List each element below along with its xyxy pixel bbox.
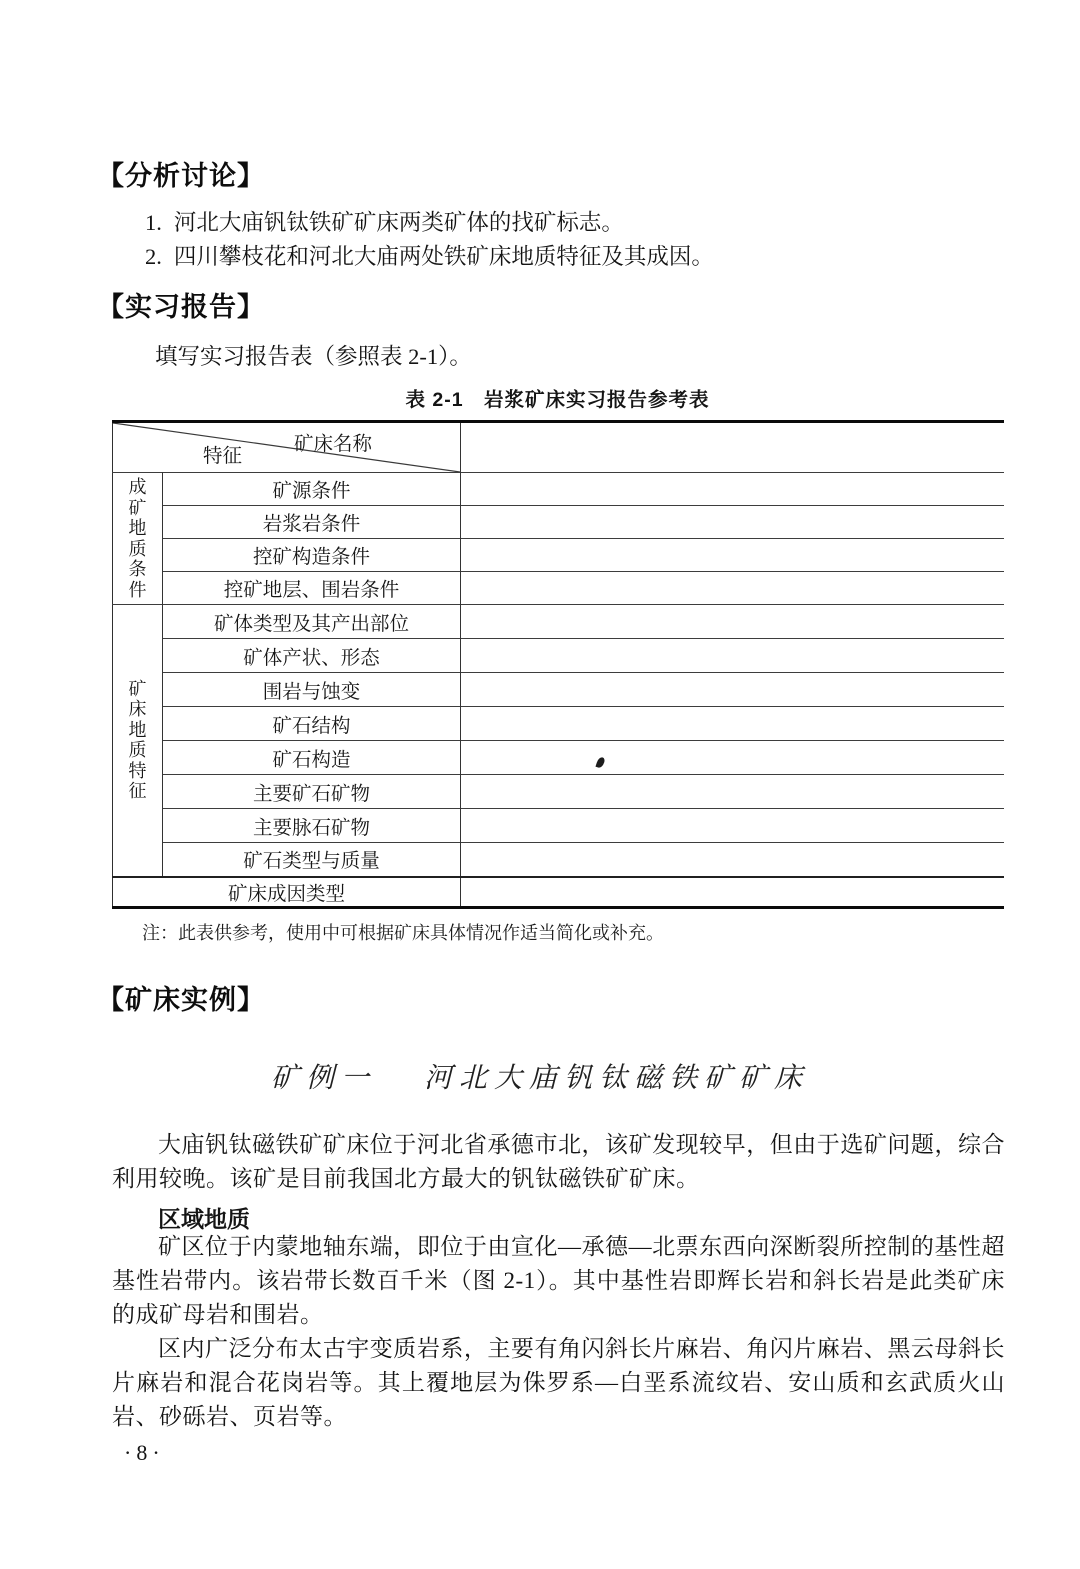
corner-label-deposit-name: 矿床名称 <box>294 428 372 456</box>
item-number: 1. <box>145 210 162 235</box>
page-number: ·8· <box>124 1440 165 1466</box>
row-label: 矿体产状、形态 <box>163 639 461 673</box>
scanned-document-page: 【分析讨论】 1.河北大庙钒钛铁矿矿床两类矿体的找矿标志。 2.四川攀枝花和河北… <box>0 0 1080 1569</box>
table-note: 注：此表供参考，使用中可根据矿床具体情况作适当简化或补充。 <box>142 919 664 945</box>
heading-practice-report: 【实习报告】 <box>97 285 265 324</box>
row-label: 矿体类型及其产出部位 <box>163 605 461 639</box>
report-reference-table: 矿床名称 特征 成矿地质条件 矿源条件 岩浆岩条件 控矿构造条件 控矿地层、围岩… <box>112 420 1004 909</box>
row-label-genetic-type: 矿床成因类型 <box>113 877 461 908</box>
paragraph-deposit-overview: 大庙钒钛磁铁矿矿床位于河北省承德市北，该矿发现较早，但由于选矿问题，综合利用较晚… <box>112 1128 1005 1196</box>
empty-data-cell <box>461 605 1004 639</box>
discussion-item-2: 2.四川攀枝花和河北大庙两处铁矿床地质特征及其成因。 <box>145 239 714 271</box>
item-text: 河北大庙钒钛铁矿矿床两类矿体的找矿标志。 <box>174 210 624 235</box>
table-corner-cell: 矿床名称 特征 <box>113 422 461 473</box>
empty-data-cell <box>461 473 1004 506</box>
paragraph-regional-geology-2: 区内广泛分布太古宇变质岩系，主要有角闪斜长片麻岩、角闪片麻岩、黑云母斜长片麻岩和… <box>112 1332 1005 1434</box>
empty-data-cell <box>461 707 1004 741</box>
row-label: 围岩与蚀变 <box>163 673 461 707</box>
row-label: 矿源条件 <box>163 473 461 506</box>
empty-data-cell <box>461 506 1004 539</box>
example-title-name: 河北大庙钒钛磁铁矿矿床 <box>424 1063 809 1094</box>
empty-data-cell <box>461 775 1004 809</box>
empty-data-cell <box>461 639 1004 673</box>
heading-analysis-discussion: 【分析讨论】 <box>97 154 265 193</box>
row-label: 主要脉石矿物 <box>163 809 461 843</box>
empty-data-cell <box>461 741 1004 775</box>
corner-label-feature: 特征 <box>203 440 242 468</box>
example-title-prefix: 矿例一 <box>271 1063 376 1094</box>
heading-deposit-example: 【矿床实例】 <box>97 978 265 1017</box>
row-label: 控矿构造条件 <box>163 539 461 572</box>
row-label: 岩浆岩条件 <box>163 506 461 539</box>
item-text: 四川攀枝花和河北大庙两处铁矿床地质特征及其成因。 <box>174 244 714 269</box>
table-caption: 表 2-1 岩浆矿床实习报告参考表 <box>112 384 1003 412</box>
row-label: 控矿地层、围岩条件 <box>163 572 461 605</box>
empty-data-cell <box>461 877 1004 908</box>
group-label-ore-forming-conditions: 成矿地质条件 <box>113 473 163 605</box>
example-title: 矿例一河北大庙钒钛磁铁矿矿床 <box>60 1056 1020 1096</box>
group-label-deposit-geological-features: 矿床地质特征 <box>113 605 163 877</box>
empty-data-cell <box>461 673 1004 707</box>
row-label: 主要矿石矿物 <box>163 775 461 809</box>
item-number: 2. <box>145 244 162 269</box>
row-label: 矿石结构 <box>163 707 461 741</box>
empty-data-cell <box>461 572 1004 605</box>
row-label: 矿石类型与质量 <box>163 843 461 877</box>
report-intro-line: 填写实习报告表（参照表 2-1）。 <box>155 339 472 371</box>
empty-data-cell <box>461 809 1004 843</box>
paragraph-regional-geology-1: 矿区位于内蒙地轴东端，即位于由宣化—承德—北票东西向深断裂所控制的基性超基性岩带… <box>112 1230 1005 1332</box>
empty-data-cell <box>461 539 1004 572</box>
table-header-data-cell <box>461 422 1004 473</box>
discussion-item-1: 1.河北大庙钒钛铁矿矿床两类矿体的找矿标志。 <box>145 205 624 237</box>
empty-data-cell <box>461 843 1004 877</box>
diagonal-divider-line <box>113 423 460 472</box>
row-label: 矿石构造 <box>163 741 461 775</box>
